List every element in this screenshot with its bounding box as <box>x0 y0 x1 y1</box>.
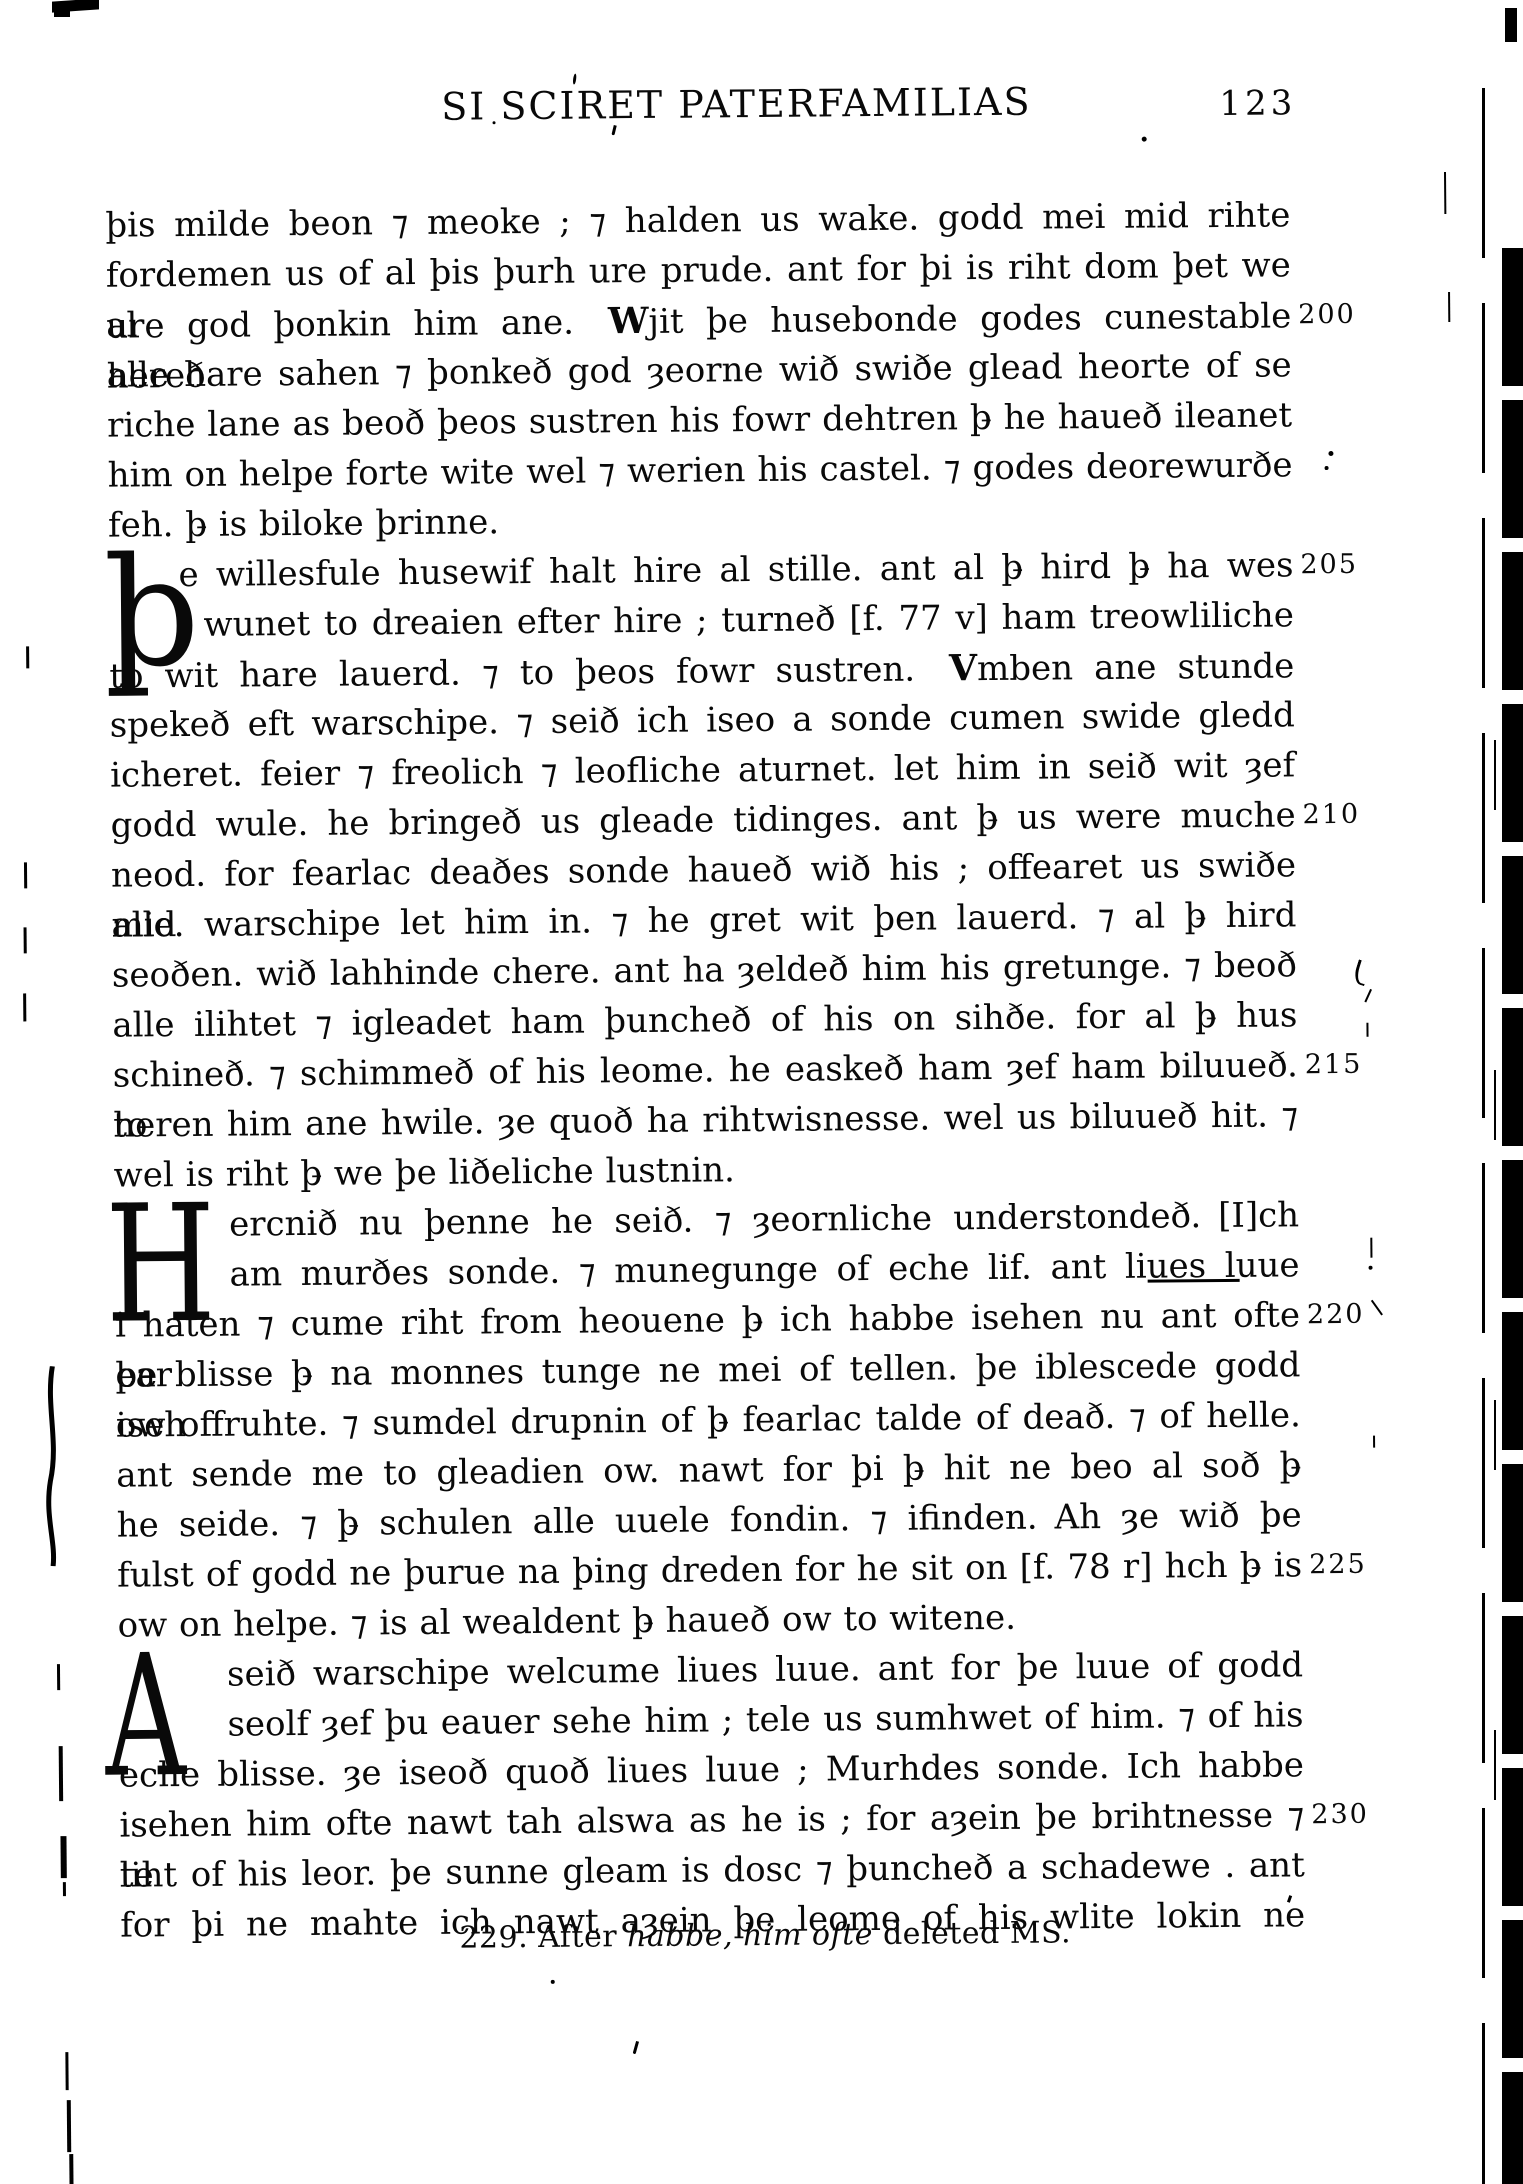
drop-cap-H: H <box>105 1184 217 1347</box>
bold-initial: W <box>608 300 649 342</box>
margin-mark <box>24 862 27 888</box>
margin-line-number: 220 <box>1307 1301 1377 1329</box>
margin-mark <box>63 1882 66 1896</box>
margin-line-number: 210 <box>1302 801 1372 829</box>
text-run: riche lane as beoð þeos sustren his fowr… <box>107 395 1292 445</box>
ink-speck <box>493 121 496 124</box>
text-run: seoðen. wið lahhinde chere. ant ha ȝelde… <box>112 945 1297 995</box>
scanned-book-page: SI SCIRET PATERFAMILIAS 123 þis milde be… <box>0 0 1523 2184</box>
margin-squiggle <box>42 1366 66 1566</box>
margin-line-number: 230 <box>1311 1801 1381 1829</box>
footnote-apparatus: 229. After habbe, him ofte deleted MS. <box>459 1915 1071 1955</box>
drop-cap-þ: þ <box>103 538 200 689</box>
text-run: ure god þonkin him ane. <box>106 302 608 346</box>
ink-speck <box>633 2041 639 2054</box>
footnote-text: 229. After <box>459 1919 627 1955</box>
margin-mark <box>60 1836 66 1878</box>
margin-mark <box>59 1746 63 1801</box>
ink-speck <box>1373 1436 1375 1448</box>
ink-speck <box>1364 989 1372 1003</box>
text-run: þis milde beon ⁊ meoke ; ⁊ halden us wak… <box>105 195 1290 245</box>
margin-line-number: 215 <box>1305 1051 1375 1079</box>
text-run: him on helpe forte wite wel ⁊ werien his… <box>107 445 1292 495</box>
scan-edge-bar <box>1502 248 1523 2184</box>
margin-line-number: 205 <box>1300 551 1370 579</box>
text-run: am murðes sonde. ⁊ munegunge of eche lif… <box>229 1245 1299 1294</box>
footnote-lemma: habbe, <box>627 1918 733 1954</box>
margin-mark <box>57 1664 60 1690</box>
ink-speck <box>1444 172 1446 214</box>
margin-mark <box>24 927 27 953</box>
text-run: icheret. feier ⁊ freolich ⁊ leofliche at… <box>110 745 1295 795</box>
text-run: seið warschipe welcume liues luue. ant f… <box>227 1645 1303 1694</box>
text-run: ercnið nu þenne he seið. ⁊ ȝeornliche un… <box>229 1195 1299 1244</box>
text-run: ow offruhte. ⁊ sumdel drupnin of þ̵ fear… <box>116 1395 1301 1445</box>
footnote-lemma: him ofte <box>743 1917 873 1953</box>
margin-mark <box>69 2154 73 2184</box>
footnote-text: deleted MS. <box>873 1915 1071 1952</box>
footnote-text <box>733 1918 743 1953</box>
ink-speck <box>1142 137 1147 142</box>
text-run: liht of his leor. þe sunne gleam is dosc… <box>120 1845 1305 1895</box>
scan-corner-wedge <box>54 8 70 17</box>
drop-cap-A: A <box>105 1632 187 1801</box>
text-run: heren him ane hwile. ȝe quoð ha rihtwisn… <box>113 1095 1298 1145</box>
ink-speck <box>551 1980 555 1984</box>
margin-mark <box>23 993 26 1021</box>
ink-curl <box>1352 959 1372 986</box>
text-run: ow on helpe. ⁊ is al wealdent þ̵ haueð o… <box>117 1598 1016 1646</box>
text-run: i wunet to dreaien efter hire ; turneð [… <box>179 595 1294 645</box>
bold-initial: V <box>949 647 977 689</box>
ink-speck <box>611 125 616 135</box>
margin-mark <box>67 2100 71 2152</box>
text-block: þis milde beon ⁊ meoke ; ⁊ halden us wak… <box>0 0 1513 7</box>
ink-speck <box>1366 1023 1368 1037</box>
margin-mark <box>26 646 29 668</box>
scan-edge-bar <box>1505 8 1517 42</box>
margin-mark <box>65 2052 68 2090</box>
text-run: to wit hare lauerd. ⁊ to þeos fowr sustr… <box>109 649 949 696</box>
text-run: eche blisse. ȝe iseoð quoð liues luue ; … <box>119 1745 1304 1795</box>
text-run: fulst of godd ne þurue na þing dreden fo… <box>117 1545 1302 1595</box>
margin-line-number: 225 <box>1309 1551 1379 1579</box>
text-run: e willesfule husewif halt hire al stille… <box>178 545 1293 595</box>
ink-speck <box>1328 451 1333 456</box>
scan-edge-line <box>1482 88 1485 2184</box>
ink-speck <box>1369 1266 1373 1270</box>
margin-line-number: 200 <box>1298 301 1368 329</box>
ink-speck <box>1325 466 1329 470</box>
text-run: seolf ȝef þu eauer sehe him ; tele us su… <box>227 1695 1303 1744</box>
text-run: alle. warschipe let him in. ⁊ he gret wi… <box>111 895 1296 945</box>
text-run: godd wule. he bringeð us gleade tidinges… <box>110 795 1295 845</box>
page-number: 123 <box>1219 83 1296 124</box>
ink-speck <box>1370 1238 1372 1258</box>
ink-speck <box>1448 292 1450 322</box>
text-run: mben ane stunde <box>977 646 1295 689</box>
text-run: spekeð eft warschipe. ⁊ seið ich iseo a … <box>110 695 1295 745</box>
scan-edge-dashes <box>1494 740 1496 2040</box>
text-run: alle ilihtet ⁊ igleadet ham þuncheð of h… <box>112 995 1297 1045</box>
page-content: SI SCIRET PATERFAMILIAS 123 þis milde be… <box>0 0 1523 2184</box>
text-run: alle hare sahen ⁊ þonkeð god ȝeorne wið … <box>107 345 1292 395</box>
text-run: ant sende me to gleadien ow. nawt for þi… <box>116 1445 1301 1495</box>
text-run: he seide. ⁊ þ̵ schulen alle uuele fondin… <box>117 1495 1302 1545</box>
